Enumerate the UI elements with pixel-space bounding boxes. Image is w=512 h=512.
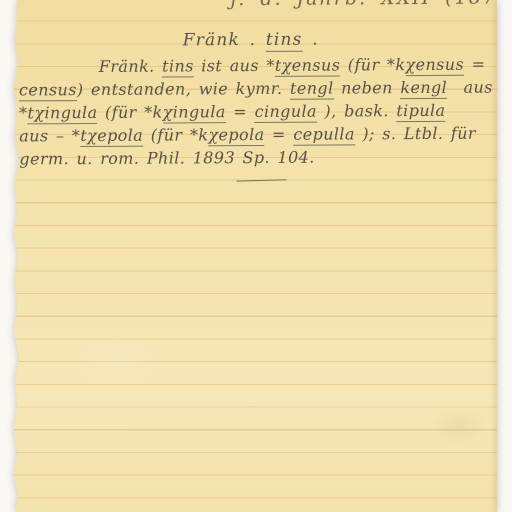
note-title: Fränk . tins . bbox=[183, 30, 319, 51]
cited-word: χingula bbox=[163, 102, 226, 123]
cited-word: tins bbox=[266, 30, 303, 52]
text-segment: neben bbox=[333, 78, 400, 97]
cited-word: tχepola bbox=[80, 126, 143, 147]
text-segment: aus bbox=[447, 78, 493, 97]
cited-word: tχingula bbox=[27, 103, 97, 124]
note-body: Fränk. tins ist aus *tχensus (für *kχens… bbox=[19, 53, 490, 171]
text-segment: ); s. Ltbl. für bbox=[355, 124, 476, 144]
text-segment: ) entstanden, wie kymr. bbox=[77, 79, 290, 99]
text-segment: (für *k bbox=[97, 103, 162, 122]
text-segment: ), bask. bbox=[317, 101, 396, 120]
handwritten-line: *tχingula (für *kχingula = cingula ), ba… bbox=[19, 99, 489, 125]
handwritten-line: census) entstanden, wie kymr. tengl nebe… bbox=[19, 76, 489, 102]
paper-sheet: j. d. Jahrb. XXII (1876) p. 2.) Fränk . … bbox=[0, 0, 512, 512]
cited-word: cingula bbox=[255, 102, 318, 123]
text-segment: = bbox=[264, 125, 293, 144]
cited-word: tipula bbox=[396, 101, 445, 122]
text-segment: (für *k bbox=[143, 125, 208, 144]
handwritten-line: aus – *tχepola (für *kχepola = cepulla )… bbox=[19, 122, 489, 148]
cited-word: tχensus bbox=[275, 55, 341, 76]
paper-surface: j. d. Jahrb. XXII (1876) p. 2.) Fränk . … bbox=[12, 0, 497, 512]
cited-word: cepulla bbox=[293, 124, 355, 145]
handwritten-line: Fränk. tins ist aus *tχensus (für *kχens… bbox=[19, 53, 489, 79]
cited-word: χepola bbox=[208, 125, 264, 146]
cited-word: χensus bbox=[405, 55, 464, 76]
cited-word: tengl bbox=[290, 79, 334, 100]
handwritten-line: germ. u. rom. Phil. 1893 Sp. 104. bbox=[19, 145, 489, 171]
cited-word: tins bbox=[162, 56, 194, 77]
text-segment: . bbox=[302, 30, 318, 50]
text-segment: Fränk. bbox=[99, 57, 162, 76]
header-citation: j. d. Jahrb. XXII (1876) p. 2.) bbox=[230, 0, 512, 10]
text-segment: = bbox=[226, 102, 255, 121]
text-segment: ist aus * bbox=[194, 56, 275, 75]
text-segment: = bbox=[464, 55, 485, 74]
cited-word: census bbox=[19, 80, 77, 101]
scanned-note-page: { "colors": { "background": "#f9f8f5", "… bbox=[0, 0, 512, 512]
closing-rule bbox=[237, 179, 287, 181]
text-segment: aus – * bbox=[19, 126, 80, 145]
cited-word: kengl bbox=[400, 78, 447, 99]
text-segment: Fränk . bbox=[183, 30, 266, 51]
handwriting-layer: j. d. Jahrb. XXII (1876) p. 2.) Fränk . … bbox=[10, 0, 498, 512]
text-segment: germ. u. rom. Phil. 1893 Sp. 104. bbox=[19, 148, 314, 169]
text-segment: (für *k bbox=[340, 55, 405, 74]
